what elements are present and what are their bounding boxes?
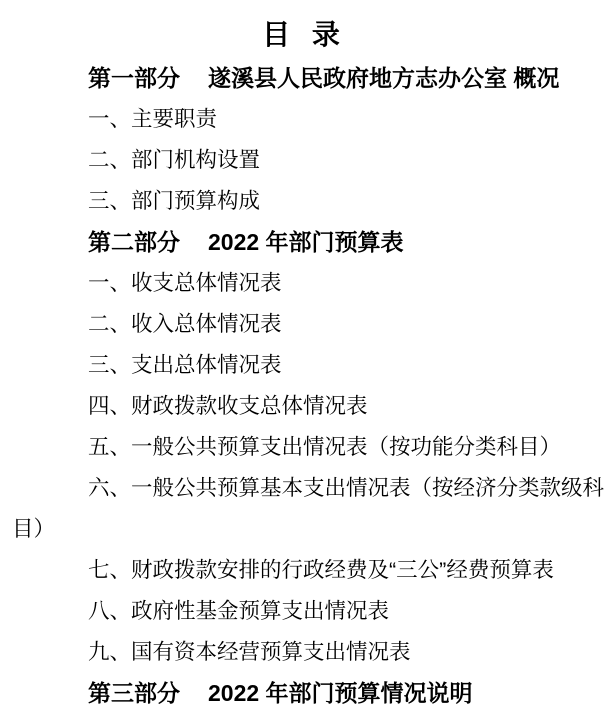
section-part-label: 第一部分 [88, 65, 180, 91]
section-title: 2022 年部门预算情况说明 [208, 680, 473, 706]
section-heading-1: 第一部分遂溪县人民政府地方志办公室 概况 [0, 58, 609, 99]
toc-entry: 四、财政拨款收支总体情况表 [0, 386, 609, 427]
toc-entry: 八、政府性基金预算支出情况表 [0, 591, 609, 632]
toc-entry: 一、收支总体情况表 [0, 263, 609, 304]
toc-entry: 九、国有资本经营预算支出情况表 [0, 632, 609, 673]
toc-entry: 三、部门预算构成 [0, 181, 609, 222]
section-part-label: 第三部分 [88, 680, 180, 706]
toc-entry: 二、收入总体情况表 [0, 304, 609, 345]
section-title: 2022 年部门预算表 [208, 229, 404, 255]
toc-entry: 七、财政拨款安排的行政经费及“三公”经费预算表 [0, 550, 609, 591]
toc-entry: 一、主要职责 [0, 99, 609, 140]
section-heading-2: 第二部分2022 年部门预算表 [0, 222, 609, 263]
toc-entry: 三、支出总体情况表 [0, 345, 609, 386]
document-page: 目 录 第一部分遂溪县人民政府地方志办公室 概况 一、主要职责 二、部门机构设置… [0, 0, 609, 716]
section-title: 遂溪县人民政府地方志办公室 概况 [208, 65, 559, 91]
page-title: 目 录 [0, 12, 609, 58]
toc-entry: 二、部门机构设置 [0, 140, 609, 181]
toc-entry: 五、一般公共预算支出情况表（按功能分类科目） [0, 427, 609, 468]
section-part-label: 第二部分 [88, 229, 180, 255]
section-heading-3: 第三部分2022 年部门预算情况说明 [0, 673, 609, 714]
toc-entry: 六、一般公共预算基本支出情况表（按经济分类款级科目） [0, 468, 609, 550]
